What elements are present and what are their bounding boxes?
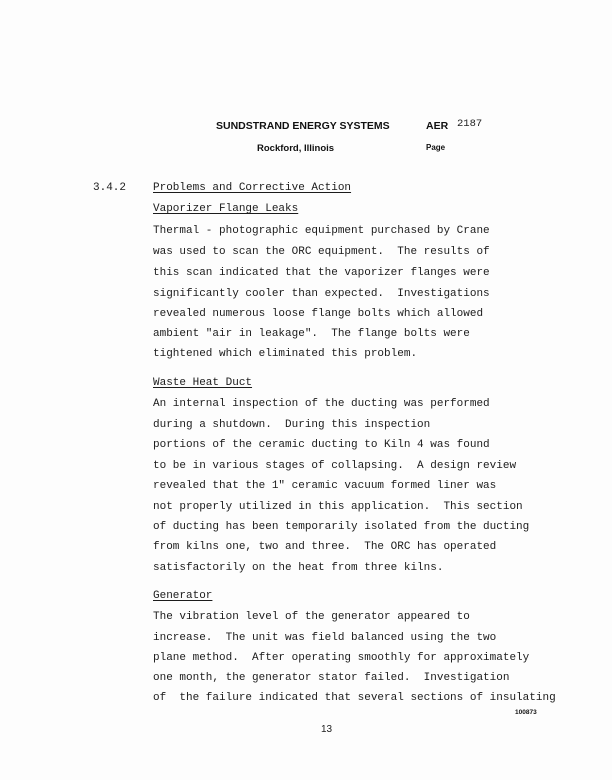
paragraph-line: ambient "air in leakage". The flange bol…	[153, 328, 470, 340]
paragraph-line: significantly cooler than expected. Inve…	[153, 288, 490, 300]
subsection-heading-waste-heat-duct: Waste Heat Duct	[153, 377, 252, 389]
aer-number: 2187	[457, 118, 482, 130]
company-location: Rockford, Illinois	[257, 143, 334, 154]
aer-label: AER	[426, 120, 448, 132]
paragraph-line: during a shutdown. During this inspectio…	[153, 419, 430, 431]
paragraph-line: The vibration level of the generator app…	[153, 611, 470, 623]
document-page: SUNDSTRAND ENERGY SYSTEMS Rockford, Illi…	[0, 0, 612, 780]
paragraph-line: Thermal - photographic equipment purchas…	[153, 225, 490, 237]
section-title: Problems and Corrective Action	[153, 182, 351, 194]
document-code: 100873	[515, 709, 537, 716]
paragraph-line: increase. The unit was field balanced us…	[153, 632, 496, 644]
company-name: SUNDSTRAND ENERGY SYSTEMS	[216, 120, 390, 132]
subsection-heading-vaporizer: Vaporizer Flange Leaks	[153, 203, 298, 215]
section-number: 3.4.2	[93, 182, 126, 194]
paragraph-line: An internal inspection of the ducting wa…	[153, 398, 490, 410]
paragraph-line: revealed numerous loose flange bolts whi…	[153, 308, 483, 320]
paragraph-line: plane method. After operating smoothly f…	[153, 652, 529, 664]
page-number: 13	[321, 724, 332, 735]
subsection-heading-generator: Generator	[153, 590, 212, 602]
paragraph-line: of ducting has been temporarily isolated…	[153, 521, 529, 533]
paragraph-line: from kilns one, two and three. The ORC h…	[153, 541, 496, 553]
page-label: Page	[426, 143, 445, 152]
paragraph-line: tightened which eliminated this problem.	[153, 348, 417, 360]
paragraph-line: to be in various stages of collapsing. A…	[153, 460, 516, 472]
paragraph-line: portions of the ceramic ducting to Kiln …	[153, 439, 490, 451]
paragraph-line: of the failure indicated that several se…	[153, 692, 556, 704]
paragraph-line: not properly utilized in this applicatio…	[153, 501, 523, 513]
paragraph-line: revealed that the 1" ceramic vacuum form…	[153, 480, 496, 492]
paragraph-line: this scan indicated that the vaporizer f…	[153, 267, 490, 279]
paragraph-line: one month, the generator stator failed. …	[153, 672, 509, 684]
paragraph-line: was used to scan the ORC equipment. The …	[153, 246, 490, 258]
paragraph-line: satisfactorily on the heat from three ki…	[153, 562, 443, 574]
